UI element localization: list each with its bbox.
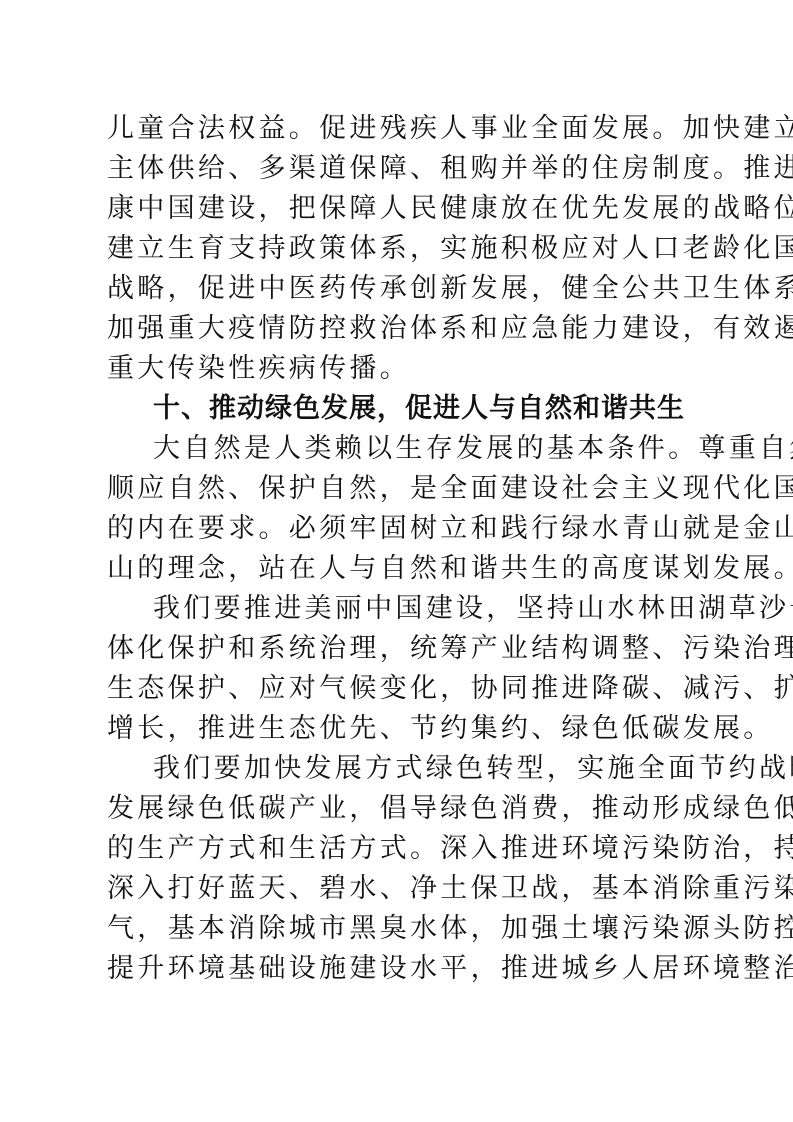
text-line: 发展绿色低碳产业，倡导绿色消费，推动形成绿色低碳 [107,789,689,829]
text-line: 大自然是人类赖以生存发展的基本条件。尊重自然、 [107,429,689,469]
text-line: 儿童合法权益。促进残疾人事业全面发展。加快建立多 [107,109,689,149]
paragraph-nature-intro: 大自然是人类赖以生存发展的基本条件。尊重自然、 顺应自然、保护自然，是全面建设社… [107,429,689,589]
text-line: 康中国建设，把保障人民健康放在优先发展的战略位置， [107,189,689,229]
text-line: 主体供给、多渠道保障、租购并举的住房制度。推进健 [107,149,689,189]
paragraph-green-transformation: 我们要加快发展方式绿色转型，实施全面节约战略， 发展绿色低碳产业，倡导绿色消费，… [107,749,689,989]
text-line: 体化保护和系统治理，统筹产业结构调整、污染治理、 [107,629,689,669]
text-line: 加强重大疫情防控救治体系和应急能力建设，有效遏制 [107,309,689,349]
text-line: 生态保护、应对气候变化，协同推进降碳、减污、扩绿、 [107,669,689,709]
text-line: 气，基本消除城市黑臭水体，加强土壤污染源头防控， [107,909,689,949]
text-line: 的内在要求。必须牢固树立和践行绿水青山就是金山银 [107,509,689,549]
text-line: 山的理念，站在人与自然和谐共生的高度谋划发展。 [107,549,689,589]
text-line: 提升环境基础设施建设水平，推进城乡人居环境整治。 [107,949,689,989]
paragraph-continued-social-welfare: 儿童合法权益。促进残疾人事业全面发展。加快建立多 主体供给、多渠道保障、租购并举… [107,109,689,389]
text-line: 增长，推进生态优先、节约集约、绿色低碳发展。 [107,709,689,749]
text-line: 顺应自然、保护自然，是全面建设社会主义现代化国家 [107,469,689,509]
text-line: 建立生育支持政策体系，实施积极应对人口老龄化国家 [107,229,689,269]
text-line: 我们要推进美丽中国建设，坚持山水林田湖草沙一 [107,589,689,629]
text-line: 战略，促进中医药传承创新发展，健全公共卫生体系， [107,269,689,309]
text-line: 的生产方式和生活方式。深入推进环境污染防治，持续 [107,829,689,869]
document-page: 儿童合法权益。促进残疾人事业全面发展。加快建立多 主体供给、多渠道保障、租购并举… [107,109,689,989]
section-heading: 十、推动绿色发展，促进人与自然和谐共生 [107,389,689,429]
text-line: 重大传染性疾病传播。 [107,349,689,389]
text-line: 我们要加快发展方式绿色转型，实施全面节约战略， [107,749,689,789]
paragraph-beautiful-china: 我们要推进美丽中国建设，坚持山水林田湖草沙一 体化保护和系统治理，统筹产业结构调… [107,589,689,749]
text-line: 深入打好蓝天、碧水、净土保卫战，基本消除重污染天 [107,869,689,909]
